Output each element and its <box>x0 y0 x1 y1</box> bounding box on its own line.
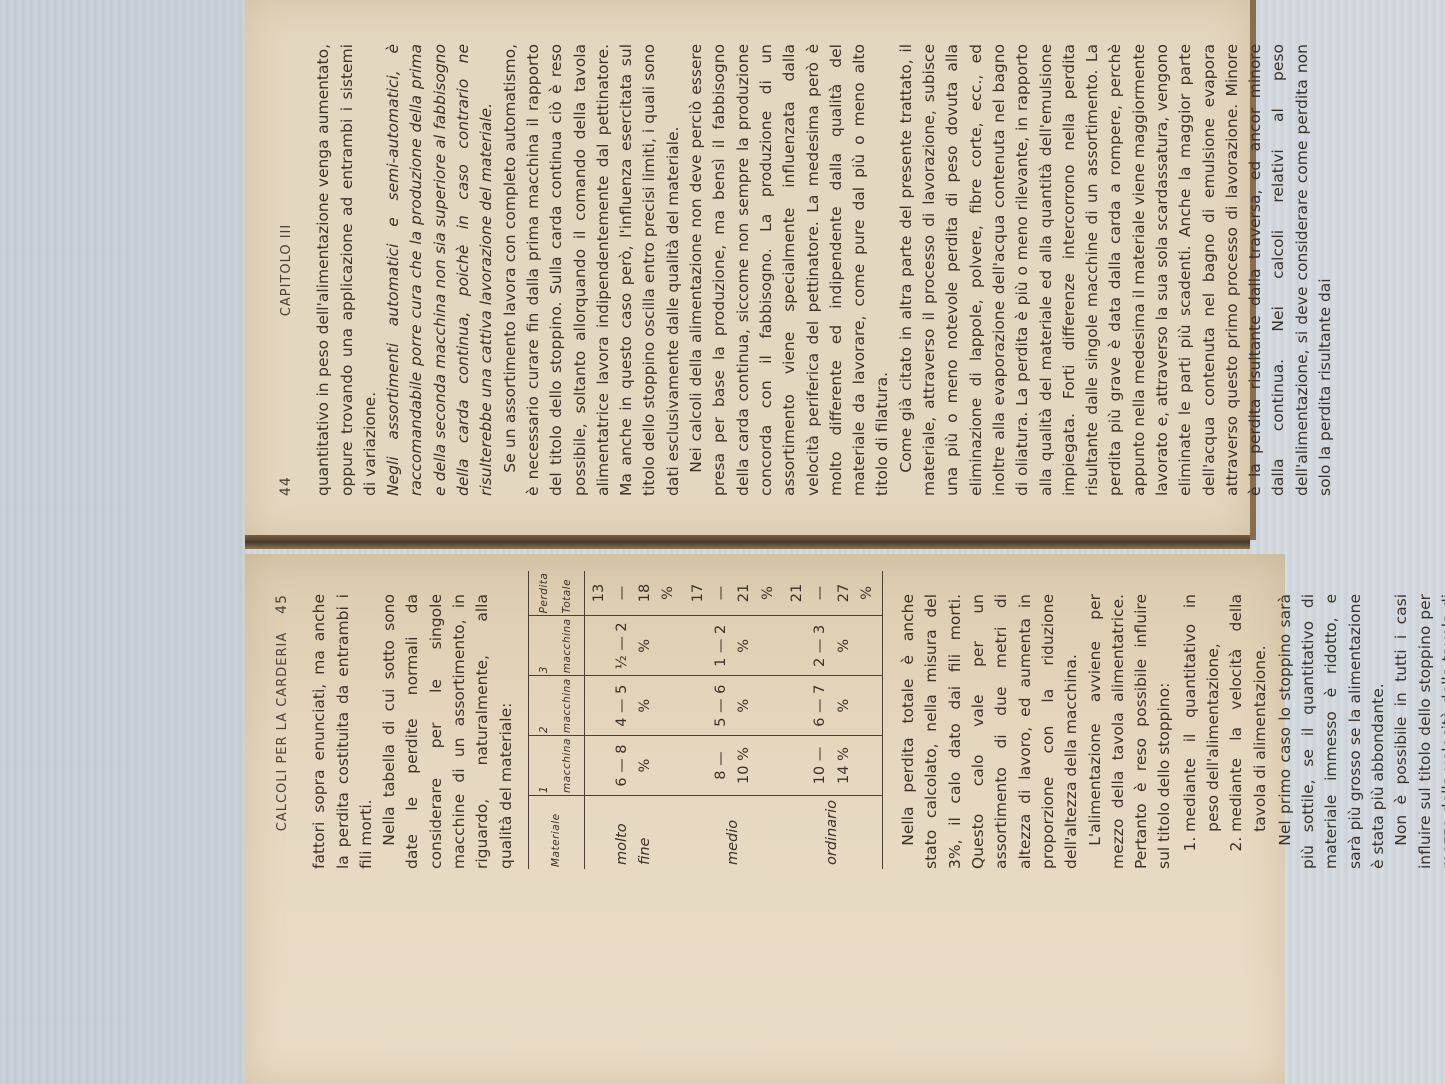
paragraph: Nella perdita totale è anche stato calco… <box>897 594 1083 869</box>
paragraph: Nel primo caso lo stoppino sarà più sott… <box>1274 594 1390 869</box>
table-cell: 8 — 10 % <box>684 736 783 796</box>
table-cell: 2 — 3 % <box>783 616 883 676</box>
list-item: mediante la velocità della tavola di ali… <box>1225 594 1272 832</box>
table-cell: molto fine <box>584 795 684 869</box>
table-row: ordinario 10 — 14 % 6 — 7 % 2 — 3 % 21 —… <box>783 571 883 869</box>
table-cell: 6 — 8 % <box>584 736 684 796</box>
paragraph: Nei calcoli della alimentazione non deve… <box>685 44 895 496</box>
table-header-row: Materiale 1 macchina 2 macchina 3 macchi… <box>528 571 584 869</box>
table-cell: 10 — 14 % <box>783 736 883 796</box>
loss-table: Materiale 1 macchina 2 macchina 3 macchi… <box>528 571 883 869</box>
running-head: 00 CALCOLI PER LA CARDERIA 45 <box>271 594 294 869</box>
table-cell: ½ — 2 % <box>584 616 684 676</box>
page-number: 44 <box>275 476 298 496</box>
column-header: 3 macchina <box>528 616 584 676</box>
paragraph: Nella tabella di cui sotto sono date le … <box>378 594 518 869</box>
paragraph: Come già citato in altra parte del prese… <box>895 44 1338 496</box>
running-head: 44 CAPITOLO III 00 <box>275 44 298 496</box>
book-page-44: 44 CAPITOLO III 00 quantitativo in peso … <box>245 0 1256 540</box>
paragraph: fattori sopra enunciati, ma anche la per… <box>308 594 378 869</box>
column-header: Perdita Totale <box>528 571 584 616</box>
table-cell: medio <box>684 795 783 869</box>
paragraph: Non è possibile in tutti i casi influire… <box>1390 594 1445 869</box>
section-title: CALCOLI PER LA CARDERIA <box>271 614 294 849</box>
paragraph: L'alimentazione avviene per mezzo della … <box>1084 594 1177 869</box>
table-cell: 6 — 7 % <box>783 676 883 736</box>
table-row: medio 8 — 10 % 5 — 6 % 1 — 2 % 17 — 21 % <box>684 571 783 869</box>
page-number: 45 <box>271 594 294 614</box>
table-row: molto fine 6 — 8 % 4 — 5 % ½ — 2 % 13 — … <box>584 571 684 869</box>
background-surface-left <box>0 0 245 1084</box>
table-cell: 5 — 6 % <box>684 676 783 736</box>
paragraph: Negli assortimenti automatici e semi-aut… <box>382 44 498 496</box>
paragraph: Se un assortimento lavora con completo a… <box>499 44 685 496</box>
book-page-45: 00 CALCOLI PER LA CARDERIA 45 fattori so… <box>245 554 1285 1084</box>
table-cell: 17 — 21 % <box>684 571 783 616</box>
table-cell: 1 — 2 % <box>684 616 783 676</box>
table-cell: 21 — 27 % <box>783 571 883 616</box>
table-cell: ordinario <box>783 795 883 869</box>
table-cell: 4 — 5 % <box>584 676 684 736</box>
column-header: 1 macchina <box>528 736 584 796</box>
book-spine <box>245 535 1250 549</box>
paragraph: quantitativo in peso dell'alimentazione … <box>312 44 382 496</box>
chapter-title: CAPITOLO III <box>275 64 298 476</box>
list-item: mediante il quantitativo in peso dell'al… <box>1179 594 1226 832</box>
numbered-list: mediante il quantitativo in peso dell'al… <box>1179 594 1272 869</box>
column-header: 2 macchina <box>528 676 584 736</box>
column-header: Materiale <box>528 795 584 869</box>
table-cell: 13 — 18 % <box>584 571 684 616</box>
